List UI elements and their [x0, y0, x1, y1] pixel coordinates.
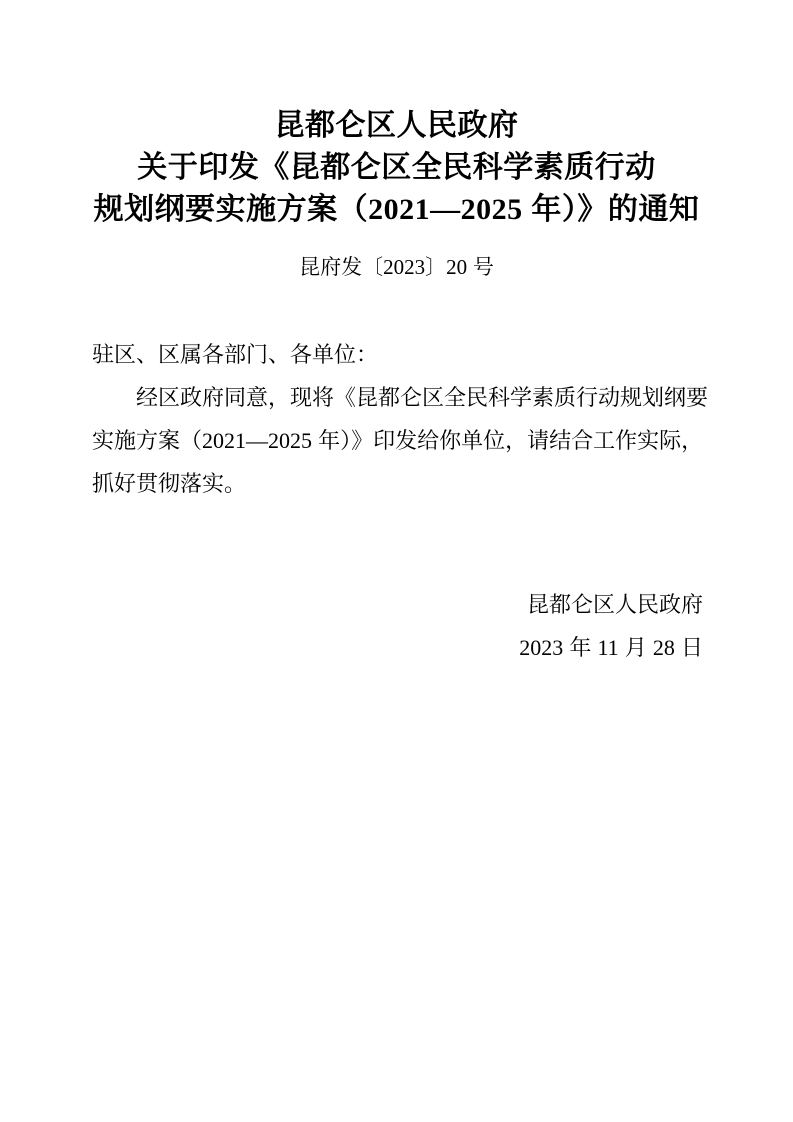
signature-block: 昆都仑区人民政府 2023 年 11 月 28 日 [0, 583, 793, 669]
title-line-1: 昆都仑区人民政府 [0, 105, 793, 147]
salutation: 驻区、区属各部门、各单位： [92, 333, 708, 376]
paragraph-line-3: 抓好贯彻落实。 [92, 462, 708, 505]
document-body: 驻区、区属各部门、各单位： 经区政府同意，现将《昆都仑区全民科学素质行动规划纲要… [0, 333, 793, 505]
title-line-2: 关于印发《昆都仑区全民科学素质行动 [0, 147, 793, 189]
document-page: 昆都仑区人民政府 关于印发《昆都仑区全民科学素质行动 规划纲要实施方案（2021… [0, 0, 793, 1122]
title-line-3: 规划纲要实施方案（2021—2025 年）》的通知 [0, 189, 793, 231]
signature-name: 昆都仑区人民政府 [0, 583, 703, 626]
document-title: 昆都仑区人民政府 关于印发《昆都仑区全民科学素质行动 规划纲要实施方案（2021… [0, 0, 793, 231]
signature-date: 2023 年 11 月 28 日 [0, 626, 703, 669]
document-number: 昆府发〔2023〕20 号 [0, 252, 793, 283]
paragraph-line-2: 实施方案（2021—2025 年）》印发给你单位，请结合工作实际， [92, 419, 708, 462]
paragraph-line-1: 经区政府同意，现将《昆都仑区全民科学素质行动规划纲要 [92, 376, 708, 419]
